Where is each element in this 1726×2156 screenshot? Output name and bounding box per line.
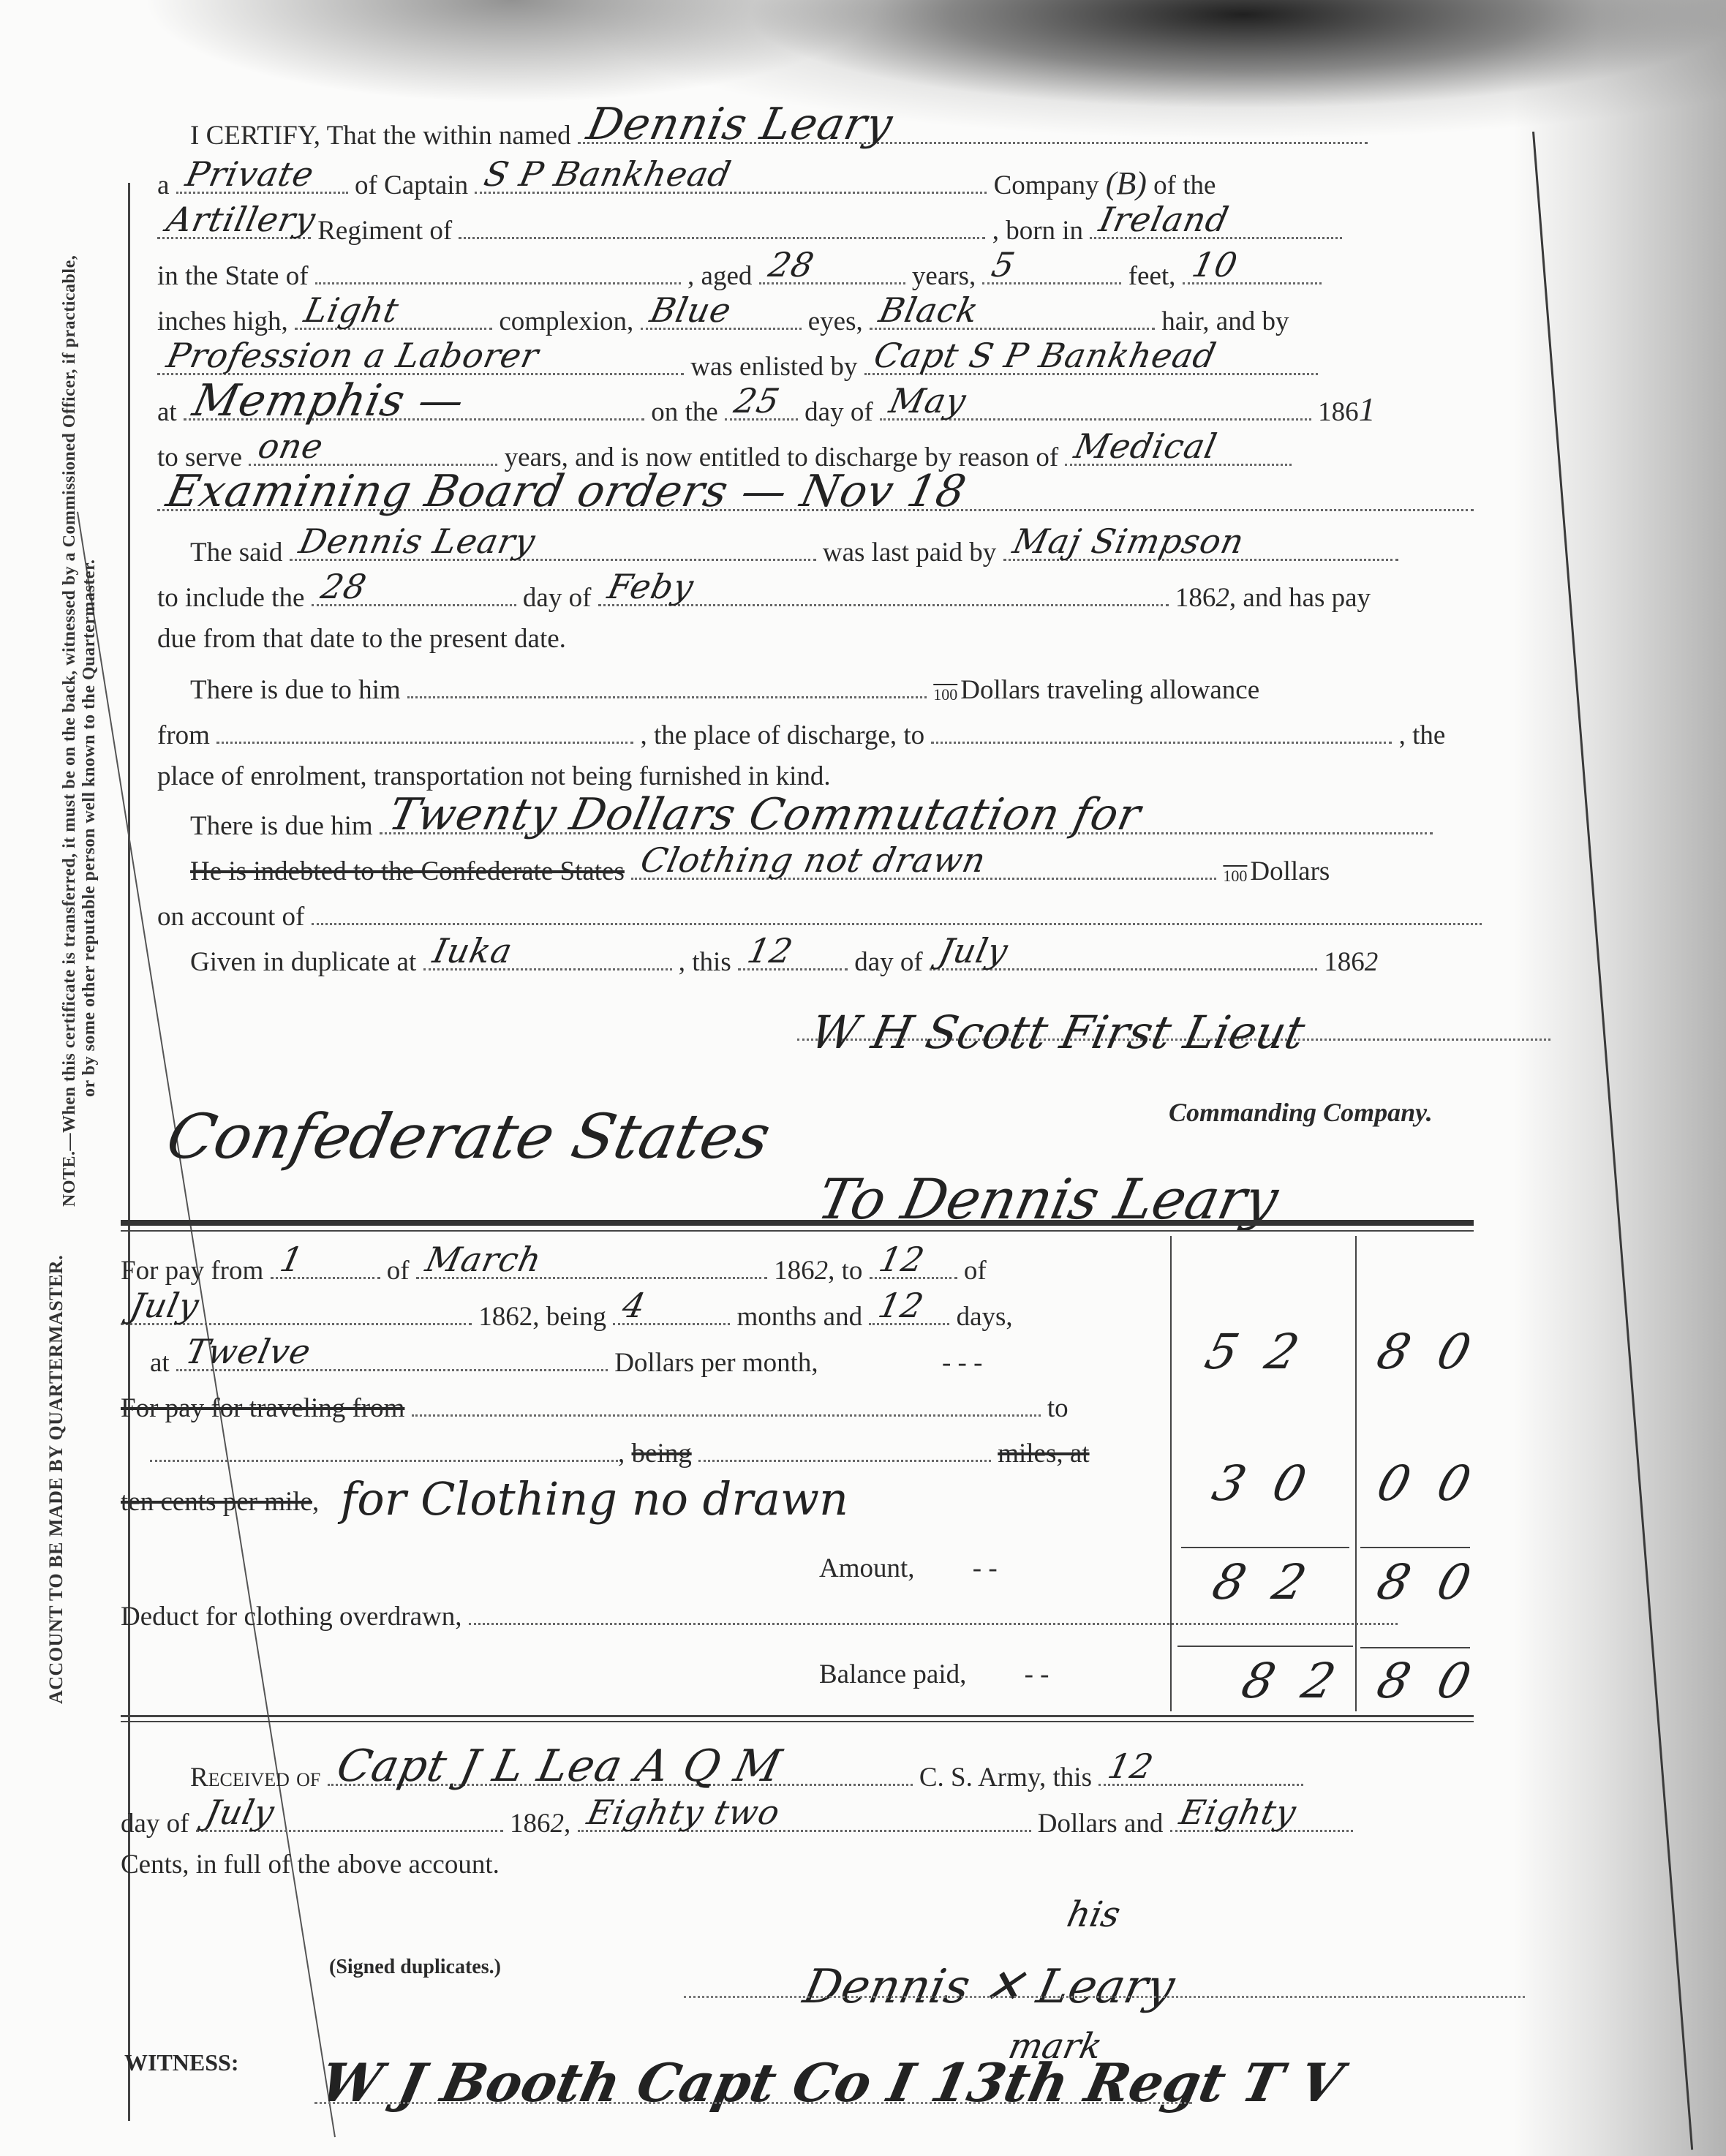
side-note-line1: NOTE.—When this certificate is transferr… [60,255,80,1207]
enlist-year-suffix: 1 [1359,391,1376,428]
amount-dollars: 82 [1207,1554,1341,1610]
term-field: one [249,439,497,466]
age-value: 28 [766,250,816,279]
complexion-label: complexion, [499,306,633,336]
indebted-value: Clothing not drawn [638,845,989,875]
account-side-label: ACCOUNT TO BE MADE BY QUARTERMASTER. [45,1255,67,1704]
indebted-label-struck: He is indebted to the Confederate States [190,856,625,886]
pay-rate-field: Twelve [176,1344,608,1371]
at-label: at [157,397,177,427]
being-struck: being [632,1439,692,1469]
pay-to-day: 12 [876,1245,927,1274]
hair-field: Black [870,303,1155,330]
said-name-value: Dennis Leary [296,527,538,556]
occupation-value: Profession a Laborer [165,341,542,370]
at-rate-label: at [150,1348,170,1378]
this-label: , this [679,947,731,977]
received-date-line: day of July 1862, Eighty two Dollars and… [121,1805,1353,1839]
travel-from-field [412,1390,1041,1417]
hair-value: Black [877,295,981,325]
pay-from-line: For pay from 1 of March 1862, to 12 of [121,1252,987,1286]
signer-signature: Dennis ✕ Leary [799,1960,1179,2014]
company-label: Company [994,170,1099,200]
dollars-label: Dollars [1250,856,1330,886]
pay-rate-line: at Twelve Dollars per month, - - - [150,1344,982,1378]
soldier-name-field: Dennis Leary [578,117,1368,144]
enlist-place-value: Memphis — [191,386,467,415]
given-year-prefix: 186 [1324,947,1365,977]
pay-to-month: July [128,1291,202,1320]
received-from-field: Capt J L Lea A Q M [328,1759,913,1786]
signed-duplicates-label: (Signed duplicates.) [329,1953,501,1982]
given-place-value: Iuka [430,936,515,965]
captain-field: S P Bankhead [475,167,987,194]
dollars-column-rule [1170,1236,1172,1711]
pay-from-day-field: 1 [271,1252,380,1279]
paid-by-value: Maj Simpson [1010,527,1246,556]
travel-amount-field [407,671,927,698]
received-day-field: 12 [1098,1759,1303,1786]
leader-dots: - - - [942,1348,982,1378]
rank-value: Private [183,159,316,189]
fraction-100: 100 [933,685,957,704]
feet-label: feet, [1128,261,1176,291]
being-label: , being [532,1302,606,1332]
include-year-suffix: 2 [1216,583,1229,613]
amount-cents: 80 [1371,1554,1505,1610]
pay-from-year-prefix: 186 [774,1256,815,1286]
term-value: one [256,431,326,461]
eyes-label: eyes, [808,306,863,336]
to-field [931,717,1392,744]
include-year-prefix: 186 [1175,583,1216,613]
place-of-discharge-label: , the place of discharge, to [640,720,924,750]
to-label: , to [828,1256,862,1286]
enlistment-date-line: at Memphis — on the 25 day of May 1861 [157,393,1376,427]
signer-his: his [1063,1894,1124,1935]
travel-pay-line: For pay for traveling from to [121,1390,1069,1423]
certify-line: I CERTIFY, That the within named Dennis … [190,117,1368,151]
balance-dollars: 82 [1236,1653,1370,1709]
received-label: Received of [190,1763,320,1793]
balance-rule-dollars [1177,1646,1353,1647]
has-pay-label: , and has pay [1229,583,1371,613]
fraction-100-b: 100 [1223,867,1247,885]
enrolment-line: place of enrolment, transportation not b… [157,762,831,791]
account-header-rule-thin [121,1230,1474,1232]
include-day-value: 28 [318,572,369,601]
occupation-field: Profession a Laborer [157,348,684,375]
received-month-value: July [203,1798,276,1827]
company-value: (B) [1106,165,1147,201]
cents-column-rule [1355,1236,1357,1711]
pay-from-year-suffix: 2 [815,1256,829,1286]
aged-label: , aged [687,261,752,291]
given-line: Given in duplicate at Iuka , this 12 day… [190,943,1378,977]
years-label: years, [912,261,976,291]
include-label: to include the [157,583,304,613]
indebted-field: Clothing not drawn [631,853,1216,880]
enlist-day-field: 25 [725,393,798,421]
year-prefix: 186 [1318,397,1359,427]
pay-to-month-field: July [121,1298,472,1325]
months-field: 4 [613,1298,730,1325]
regiment-type-field: Artillery [157,212,311,239]
reason-value: Medical [1072,431,1220,461]
travel-allowance-line: There is due to him 100Dollars traveling… [190,671,1259,709]
due-him-label: There is due him [190,811,373,841]
given-label: Given in duplicate at [190,947,416,977]
pay-from-label: For pay from [121,1256,263,1286]
due-him-field: Twenty Dollars Commutation for [380,807,1433,834]
eyes-field: Blue [641,303,802,330]
travel-place-field [150,1435,618,1462]
include-day-field: 28 [312,579,516,606]
paid-by-field: Maj Simpson [1003,534,1398,561]
given-place-field: Iuka [423,943,672,970]
on-account-line: on account of [157,898,1482,932]
amount-leader: - - [973,1553,998,1583]
captain-value: S P Bankhead [482,159,734,189]
regiment-type-value: Artillery [165,205,319,234]
pay-period-line: July 1862, being 4 months and 12 days, [121,1298,1013,1332]
miles-struck: miles, at [998,1439,1089,1469]
given-day-value: 12 [745,936,796,965]
due-him-line: There is due him Twenty Dollars Commutat… [190,807,1433,841]
cents-words-value: Eighty [1177,1798,1298,1827]
on-account-label: on account of [157,902,304,932]
of-the-label: of the [1153,170,1216,200]
enlist-month-value: May [887,386,969,415]
from-field [216,717,633,744]
state-age-line: in the State of , aged 28 years, 5 feet,… [157,257,1322,291]
days-field: 12 [869,1298,949,1325]
balance-rule-cents [1360,1647,1470,1648]
balance-cents: 80 [1371,1653,1505,1709]
deduct-label: Deduct for clothing overdrawn, [121,1602,461,1632]
ten-cents-struck: ten cents per mile [121,1487,312,1517]
inches-value: 10 [1189,250,1240,279]
day-of-label: day of [804,397,873,427]
pay-to-day-field: 12 [870,1252,957,1279]
regiment-of-field [459,212,985,239]
pay-dollars: 52 [1199,1324,1333,1380]
dollars-words-field: Eighty two [578,1805,1031,1832]
rank-line: a Private of Captain S P Bankhead Compan… [157,167,1216,200]
subtotal-rule-dollars [1181,1547,1349,1548]
received-year-prefix: 186 [510,1809,551,1839]
enlist-month-field: May [880,393,1311,421]
pay-from-day: 1 [277,1245,306,1274]
cents-line: Cents, in full of the above account. [121,1850,500,1880]
reason-cont-field: Examining Board orders — Nov 18 [157,484,1474,511]
enlist-place-field: Memphis — [184,393,644,421]
indebted-line: He is indebted to the Confederate States… [190,853,1330,891]
enlisted-by-label: was enlisted by [690,352,857,382]
received-day-value: 12 [1106,1752,1156,1781]
given-year-suffix: 2 [1365,947,1379,977]
said-name-field: Dennis Leary [290,534,816,561]
on-the-label: on the [651,397,717,427]
miles-field [698,1435,991,1462]
reason-field: Medical [1065,439,1292,466]
amount-label: Amount, [819,1553,915,1583]
side-note-line2: or by some other reputable person well k… [80,255,99,1207]
enlisted-by-value: Capt S P Bankhead [871,341,1218,370]
pay-to-year: 1862 [478,1302,532,1332]
clothing-cents: 00 [1371,1455,1505,1512]
born-label: , born in [992,216,1083,246]
balance-leader: - - [1025,1659,1049,1689]
last-paid-label: was last paid by [823,538,996,568]
include-month-field: Feby [598,579,1169,606]
given-day-field: 12 [738,943,848,970]
clothing-dollars: 30 [1207,1455,1341,1512]
the-label: , the [1399,720,1446,750]
reason-cont-value: Examining Board orders — Nov 18 [165,477,968,506]
deduct-line: Deduct for clothing overdrawn, [121,1598,1398,1632]
due-to-him-label: There is due to him [190,675,401,705]
pay-from-month: March [423,1245,544,1274]
comma: , [618,1439,625,1469]
received-day-of-label: day of [121,1809,189,1839]
include-month-value: Feby [605,572,696,601]
days-value: 12 [876,1291,927,1320]
cs-army-label: C. S. Army, this [919,1763,1092,1793]
balance-label: Balance paid, [819,1659,966,1689]
include-day-of-label: day of [523,583,592,613]
received-year-suffix: 2 [551,1809,565,1839]
pay-from-month-field: March [416,1252,767,1279]
captain-label: of Captain [355,170,468,200]
months-value: 4 [620,1291,649,1320]
receipt-rule [121,1715,1474,1717]
on-account-field [312,898,1482,925]
given-month-field: July [930,943,1317,970]
months-label: months and [736,1302,862,1332]
from-label: from [157,720,210,750]
enlisted-by-field: Capt S P Bankhead [864,348,1318,375]
age-field: 28 [759,257,905,284]
scan-shadow-right [1514,0,1726,2156]
clothing-line: ten cents per mile, for Clothing no draw… [121,1480,834,1517]
eyes-value: Blue [647,295,734,325]
regiment-label: Regiment of [317,216,452,246]
birthplace-field: Ireland [1090,212,1342,239]
received-line: Received of Capt J L Lea A Q M C. S. Arm… [190,1759,1303,1793]
inches-high-label: inches high, [157,306,288,336]
certify-label: I CERTIFY, That the within named [190,121,571,151]
clothing-value: for Clothing no drawn [340,1472,848,1526]
received-month-field: July [196,1805,503,1832]
traveling-allowance-label: Dollars traveling allowance [960,675,1259,705]
receipt-rule-thin [121,1721,1474,1722]
reason-cont-line: Examining Board orders — Nov 18 [157,484,1474,518]
officer-signature: W H Scott First Lieut [806,1006,1309,1059]
due-from-line: due from that date to the present date. [157,625,566,654]
dollars-words-value: Eighty two [584,1798,783,1827]
rank-field: Private [176,167,348,194]
of-label-2: of [964,1256,987,1286]
given-day-of-label: day of [854,947,923,977]
witness-label: WITNESS: [124,2048,239,2077]
amount-line: Amount, - - [819,1554,998,1583]
witness-line [314,2099,1192,2104]
balance-line: Balance paid, - - [819,1660,1049,1689]
description-line: inches high, Light complexion, Blue eyes… [157,303,1289,336]
travel-to-label: to [1047,1393,1069,1423]
the-said-label: The said [190,538,282,568]
cents-words-field: Eighty [1170,1805,1353,1832]
complexion-field: Light [295,303,492,330]
subtotal-rule-cents [1360,1547,1470,1548]
days-label: days, [957,1302,1013,1332]
state-label: in the State of [157,261,309,291]
travel-pay-label-struck: For pay for traveling from [121,1393,404,1423]
witness-signature: W J Booth Capt Co I 13th Regt T V [315,2051,1348,2114]
inches-field: 10 [1183,257,1322,284]
include-line: to include the 28 day of Feby 1862, and … [157,579,1371,613]
from-to-line: from , the place of discharge, to , the [157,717,1445,750]
enlist-day-value: 25 [732,386,783,415]
received-from-value: Capt J L Lea A Q M [334,1752,783,1781]
hair-label: hair, and by [1161,306,1289,336]
account-debtor: Confederate States [161,1101,777,1172]
pay-cents: 80 [1371,1324,1505,1380]
side-note: NOTE.—When this certificate is transferr… [60,255,99,1207]
of-label: of [387,1256,410,1286]
birthplace-value: Ireland [1097,205,1232,234]
given-month-value: July [937,936,1011,965]
pay-rate-value: Twelve [184,1337,314,1366]
account-header-rule [121,1220,1474,1226]
state-field [315,257,681,284]
feet-field: 5 [982,257,1121,284]
travel-miles-line: , being miles, at [150,1435,1090,1469]
signer-line [684,1993,1525,1998]
label-a: a [157,170,169,200]
soldier-name: Dennis Leary [585,110,895,139]
commanding-company-label: Commanding Company. [1169,1097,1433,1128]
dollars-and-label: Dollars and [1038,1809,1164,1839]
feet-value: 5 [990,250,1018,279]
last-paid-line: The said Dennis Leary was last paid by M… [190,534,1398,568]
complexion-value: Light [302,295,402,325]
dollars-per-month-label: Dollars per month, [614,1348,818,1378]
due-him-value: Twenty Dollars Commutation for [387,800,1143,829]
regiment-line: Artillery Regiment of , born in Ireland [157,212,1342,246]
